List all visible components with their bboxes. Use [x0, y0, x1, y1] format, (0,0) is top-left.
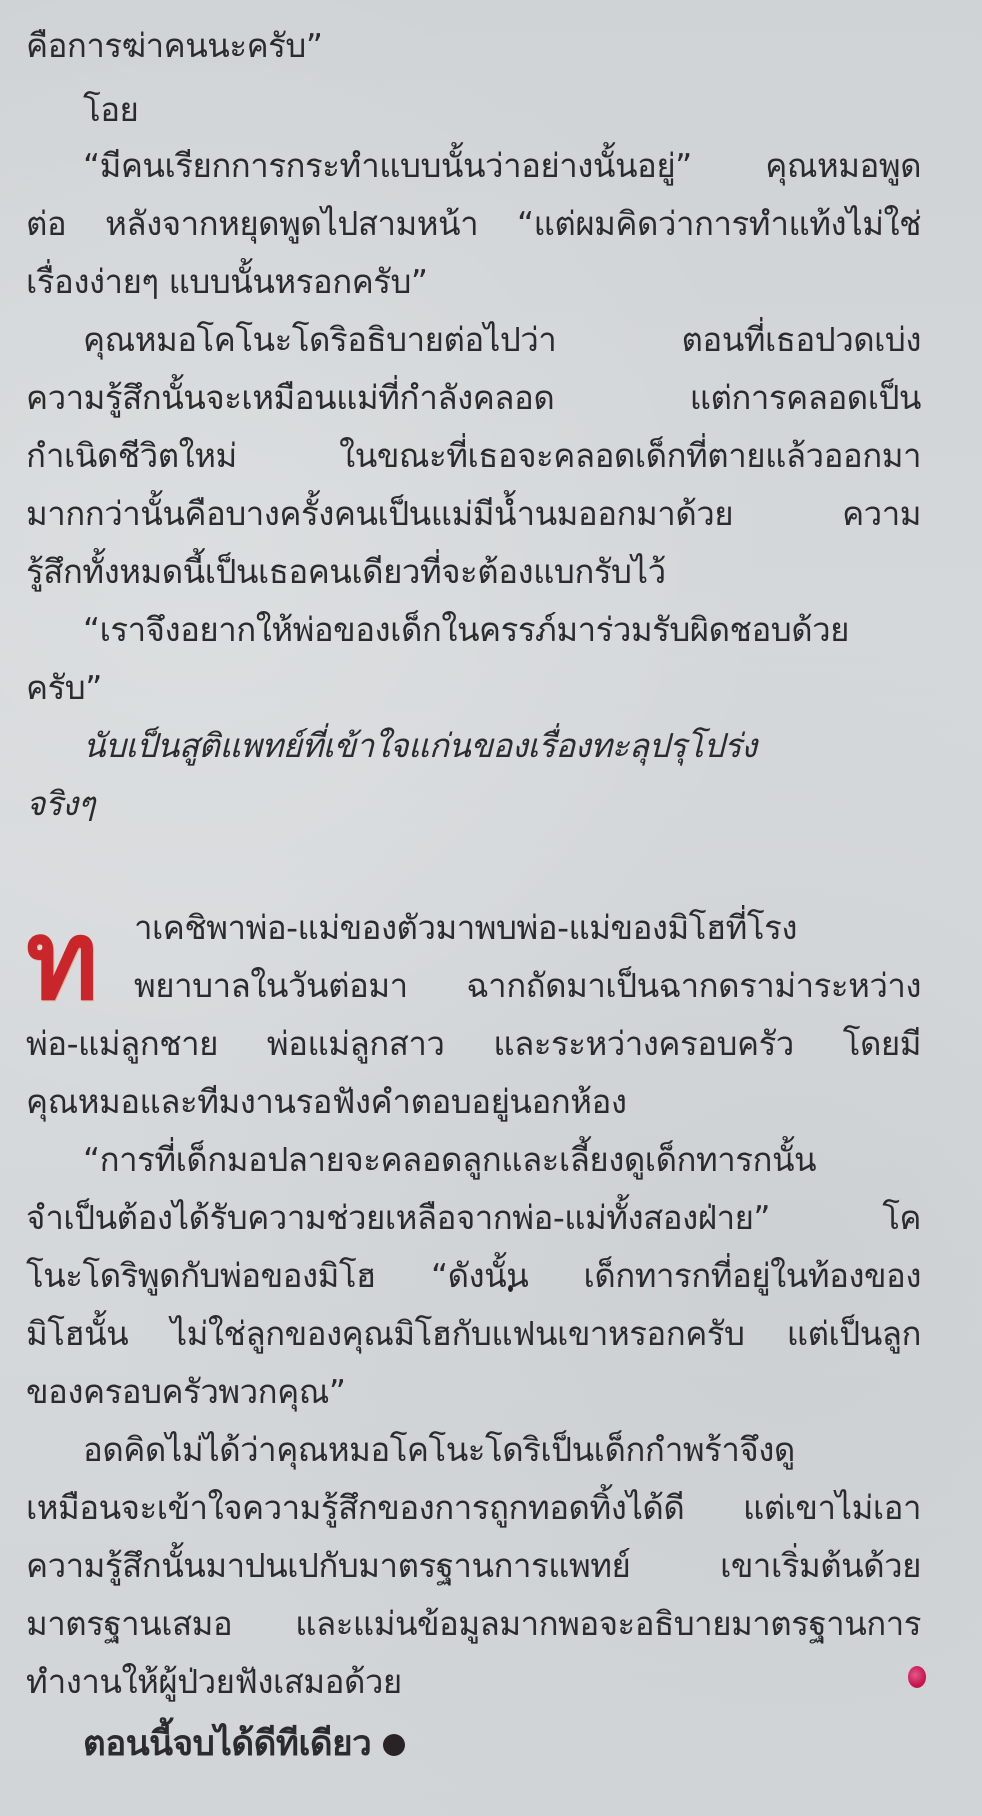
text-line: “มีคนเรียกการกระทำแบบนั้นว่าอย่างนั้นอยู… — [83, 142, 921, 190]
text-line: รู้สึกทั้งหมดนี้เป็นเธอคนเดียวที่จะต้องแ… — [26, 548, 666, 596]
text-line: “เราจึงอยากให้พ่อของเด็กในครรภ์มาร่วมรับ… — [83, 606, 921, 654]
text-line: มาตรฐานเสมอ และแม่นข้อมูลมากพอจะอธิบายมา… — [26, 1600, 921, 1648]
text-line: ครับ” — [26, 664, 102, 712]
text-line: ความรู้สึกนั้นจะเหมือนแม่ที่กำลังคลอด แต… — [26, 374, 921, 422]
text-line: พยาบาลในวันต่อมา ฉากถัดมาเป็นฉากดราม่าระ… — [134, 962, 921, 1010]
text-line: คุณหมอโคโนะโดริอธิบายต่อไปว่า ตอนที่เธอป… — [83, 316, 921, 364]
closing-line: ตอนนี้จบได้ดีทีเดียว — [83, 1720, 405, 1768]
text-line: มิโฮนั้น ไม่ใช่ลูกของคุณมิโฮกับแฟนเขาหรอ… — [26, 1310, 921, 1358]
text-line: โนะโดริพูดกับพ่อของมิโฮ “ดังนั้น เด็กทาร… — [26, 1252, 921, 1300]
text-line: ทำงานให้ผู้ป่วยฟังเสมอด้วย — [26, 1658, 402, 1706]
text-line: ความรู้สึกนั้นมาปนเปกับมาตรฐานการแพทย์ เ… — [26, 1542, 921, 1590]
text-line: โอย — [83, 86, 138, 134]
text-line: คุณหมอและทีมงานรอฟังคำตอบอยู่นอกห้อง — [26, 1078, 626, 1126]
print-speck — [508, 1285, 513, 1292]
text-line: เรื่องง่ายๆ แบบนั้นหรอกครับ” — [26, 258, 428, 306]
text-line: เหมือนจะเข้าใจความรู้สึกของการถูกทอดทิ้ง… — [26, 1484, 921, 1532]
ink-dot-mark — [908, 1666, 926, 1688]
text-line: าเคชิพาพ่อ-แม่ของตัวมาพบพ่อ-แม่ของมิโฮที… — [134, 904, 921, 952]
closing-text: ตอนนี้จบได้ดีทีเดียว — [83, 1724, 371, 1764]
italic-text-line: จริงๆ — [26, 780, 95, 828]
text-line: จำเป็นต้องได้รับความช่วยเหลือจากพ่อ-แม่ท… — [26, 1194, 921, 1242]
italic-text-line: นับเป็นสูติแพทย์ที่เข้าใจแก่นของเรื่องทะ… — [83, 722, 921, 770]
drop-cap: ท — [26, 910, 106, 1012]
text-line: มากกว่านั้นคือบางครั้งคนเป็นแม่มีน้ำนมออ… — [26, 490, 921, 538]
text-line: กำเนิดชีวิตใหม่ ในขณะที่เธอจะคลอดเด็กที่… — [26, 432, 921, 480]
end-bullet-icon — [383, 1734, 405, 1756]
text-line: พ่อ-แม่ลูกชาย พ่อแม่ลูกสาว และระหว่างครอ… — [26, 1020, 921, 1068]
text-line: อดคิดไม่ได้ว่าคุณหมอโคโนะโดริเป็นเด็กกำพ… — [83, 1426, 921, 1474]
text-line: คือการฆ่าคนนะครับ” — [26, 22, 322, 70]
text-line: ของครอบครัวพวกคุณ” — [26, 1368, 345, 1416]
text-line: ต่อ หลังจากหยุดพูดไปสามหน้า “แต่ผมคิดว่า… — [26, 200, 921, 248]
text-line: “การที่เด็กมอปลายจะคลอดลูกและเลี้ยงดูเด็… — [83, 1136, 921, 1184]
